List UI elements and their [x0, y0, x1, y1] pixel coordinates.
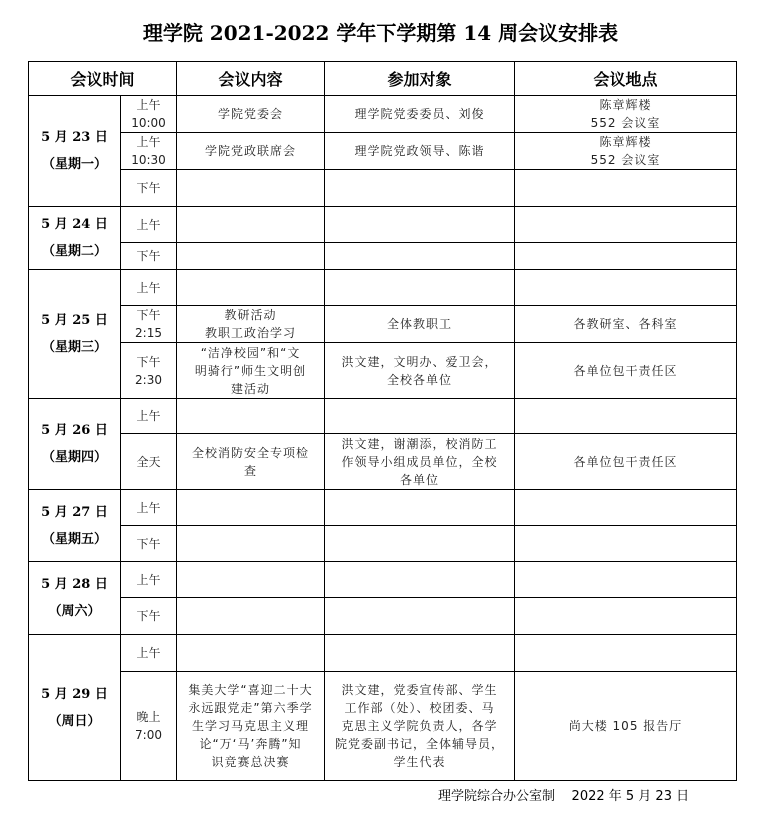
attendees-cell-line: 克思主义学院负责人，各学	[325, 717, 514, 735]
location-cell	[515, 207, 737, 243]
content-cell-line: 全校消防安全专项检	[177, 444, 324, 462]
attendees-cell	[325, 399, 515, 434]
meeting-schedule-table: 会议时间 会议内容 参加对象 会议地点 5 月 23 日（星期一）上午10:00…	[28, 61, 737, 781]
time-cell-line: 下午	[121, 247, 176, 265]
time-cell: 上午	[121, 399, 177, 434]
location-cell-line: 各单位包干责任区	[515, 453, 736, 471]
table-row: 全天全校消防安全专项检查洪文建，谢潮添，校消防工作领导小组成员单位，全校各单位各…	[29, 434, 737, 490]
location-cell-line: 各单位包干责任区	[515, 362, 736, 380]
date-cell: 5 月 28 日（周六）	[29, 562, 121, 635]
weekday-label: （星期一）	[29, 151, 120, 178]
content-cell-line: 建活动	[177, 380, 324, 398]
attendees-cell	[325, 635, 515, 672]
location-cell: 各单位包干责任区	[515, 434, 737, 490]
content-cell	[177, 562, 325, 598]
location-cell-line: 各教研室、各科室	[515, 315, 736, 333]
time-cell: 上午10:00	[121, 96, 177, 133]
content-cell-line: 明骑行”师生文明创	[177, 362, 324, 380]
time-cell-line: 上午	[121, 499, 176, 517]
attendees-cell: 洪文建，党委宣传部、学生工作部（处）、校团委、马克思主义学院负责人，各学院党委副…	[325, 672, 515, 781]
attendees-cell-line: 理学院党委委员、刘俊	[325, 105, 514, 123]
date-cell: 5 月 27 日（星期五）	[29, 490, 121, 562]
time-cell-line: 上午	[121, 644, 176, 662]
date-cell: 5 月 23 日（星期一）	[29, 96, 121, 207]
table-header-row: 会议时间 会议内容 参加对象 会议地点	[29, 62, 737, 96]
time-cell: 晚上7:00	[121, 672, 177, 781]
time-cell: 下午	[121, 526, 177, 562]
content-cell	[177, 399, 325, 434]
header-location: 会议地点	[515, 62, 737, 96]
content-cell-line: 集美大学“喜迎二十大	[177, 681, 324, 699]
table-row: 下午	[29, 526, 737, 562]
content-cell-line: “洁净校园”和“文	[177, 344, 324, 362]
content-cell: 学院党政联席会	[177, 133, 325, 170]
attendees-cell-line: 全校各单位	[325, 371, 514, 389]
attendees-cell	[325, 526, 515, 562]
location-cell	[515, 562, 737, 598]
location-cell	[515, 270, 737, 306]
attendees-cell	[325, 598, 515, 635]
content-cell: 全校消防安全专项检查	[177, 434, 325, 490]
time-cell: 上午10:30	[121, 133, 177, 170]
content-cell-line: 教研活动	[177, 306, 324, 324]
location-cell	[515, 170, 737, 207]
content-cell-line: 查	[177, 462, 324, 480]
content-cell-line: 永远跟党走”第六季学	[177, 699, 324, 717]
attendees-cell	[325, 243, 515, 270]
weekday-label: （星期四）	[29, 444, 120, 471]
footer: 理学院综合办公室制 2022 年 5 月 23 日	[438, 788, 689, 806]
attendees-cell-line: 作领导小组成员单位，全校	[325, 453, 514, 471]
time-cell-line: 7:00	[121, 726, 176, 744]
content-cell	[177, 243, 325, 270]
location-cell	[515, 399, 737, 434]
location-cell: 陈章辉楼552 会议室	[515, 96, 737, 133]
content-cell	[177, 270, 325, 306]
time-cell-line: 下午	[121, 607, 176, 625]
attendees-cell: 洪文建，谢潮添，校消防工作领导小组成员单位，全校各单位	[325, 434, 515, 490]
attendees-cell-line: 洪文建，谢潮添，校消防工	[325, 435, 514, 453]
content-cell	[177, 635, 325, 672]
location-cell-line: 陈章辉楼	[515, 96, 736, 114]
attendees-cell: 理学院党政领导、陈谐	[325, 133, 515, 170]
time-cell: 上午	[121, 635, 177, 672]
time-cell-line: 全天	[121, 453, 176, 471]
date-label: 5 月 27 日	[29, 499, 120, 526]
time-cell: 上午	[121, 270, 177, 306]
time-cell: 下午	[121, 598, 177, 635]
time-cell-line: 上午	[121, 96, 176, 114]
time-cell: 下午2:15	[121, 306, 177, 343]
table-row: 上午10:30学院党政联席会理学院党政领导、陈谐陈章辉楼552 会议室	[29, 133, 737, 170]
weekday-label: （星期三）	[29, 334, 120, 361]
table-row: 晚上7:00集美大学“喜迎二十大永远跟党走”第六季学生学习马克思主义理论“万‘马…	[29, 672, 737, 781]
content-cell	[177, 170, 325, 207]
date-cell: 5 月 29 日（周日）	[29, 635, 121, 781]
weekday-label: （周日）	[29, 708, 120, 735]
content-cell-line: 识竞赛总决赛	[177, 753, 324, 771]
time-cell: 上午	[121, 490, 177, 526]
content-cell	[177, 207, 325, 243]
table-row: 下午	[29, 243, 737, 270]
attendees-cell: 理学院党委委员、刘俊	[325, 96, 515, 133]
date-label: 5 月 24 日	[29, 211, 120, 238]
content-cell: 教研活动教职工政治学习	[177, 306, 325, 343]
location-cell-line: 552 会议室	[515, 151, 736, 169]
content-cell	[177, 598, 325, 635]
time-cell-line: 上午	[121, 407, 176, 425]
time-cell-line: 10:30	[121, 151, 176, 169]
attendees-cell-line: 洪文建，党委宣传部、学生	[325, 681, 514, 699]
table-row: 下午2:30“洁净校园”和“文明骑行”师生文明创建活动洪文建，文明办、爱卫会，全…	[29, 343, 737, 399]
location-cell: 尚大楼 105 报告厅	[515, 672, 737, 781]
weekday-label: （周六）	[29, 598, 120, 625]
date-label: 5 月 23 日	[29, 124, 120, 151]
content-cell-line: 生学习马克思主义理	[177, 717, 324, 735]
table-row: 5 月 24 日（星期二）上午	[29, 207, 737, 243]
time-cell-line: 上午	[121, 216, 176, 234]
footer-date: 2022 年 5 月 23 日	[572, 789, 690, 804]
header-attendees: 参加对象	[325, 62, 515, 96]
time-cell-line: 下午	[121, 353, 176, 371]
date-label: 5 月 28 日	[29, 571, 120, 598]
time-cell-line: 10:00	[121, 114, 176, 132]
content-cell: “洁净校园”和“文明骑行”师生文明创建活动	[177, 343, 325, 399]
content-cell-line: 学院党政联席会	[177, 142, 324, 160]
attendees-cell-line: 理学院党政领导、陈谐	[325, 142, 514, 160]
time-cell-line: 上午	[121, 279, 176, 297]
time-cell: 上午	[121, 207, 177, 243]
content-cell	[177, 490, 325, 526]
location-cell: 各单位包干责任区	[515, 343, 737, 399]
attendees-cell-line: 各单位	[325, 471, 514, 489]
location-cell	[515, 243, 737, 270]
table-row: 5 月 23 日（星期一）上午10:00学院党委会理学院党委委员、刘俊陈章辉楼5…	[29, 96, 737, 133]
date-label: 5 月 29 日	[29, 681, 120, 708]
time-cell-line: 下午	[121, 535, 176, 553]
table-row: 5 月 27 日（星期五）上午	[29, 490, 737, 526]
date-cell: 5 月 25 日（星期三）	[29, 270, 121, 399]
location-cell-line: 陈章辉楼	[515, 133, 736, 151]
table-row: 下午	[29, 170, 737, 207]
table-row: 5 月 26 日（星期四）上午	[29, 399, 737, 434]
location-cell	[515, 526, 737, 562]
footer-issuer: 理学院综合办公室制	[438, 789, 555, 804]
table-row: 5 月 29 日（周日）上午	[29, 635, 737, 672]
time-cell-line: 下午	[121, 179, 176, 197]
time-cell-line: 上午	[121, 571, 176, 589]
table-row: 5 月 28 日（周六）上午	[29, 562, 737, 598]
weekday-label: （星期二）	[29, 238, 120, 265]
content-cell	[177, 526, 325, 562]
date-cell: 5 月 26 日（星期四）	[29, 399, 121, 490]
content-cell-line: 学院党委会	[177, 105, 324, 123]
time-cell: 上午	[121, 562, 177, 598]
attendees-cell	[325, 207, 515, 243]
time-cell: 下午2:30	[121, 343, 177, 399]
time-cell: 下午	[121, 170, 177, 207]
attendees-cell-line: 洪文建，文明办、爱卫会，	[325, 353, 514, 371]
time-cell: 下午	[121, 243, 177, 270]
attendees-cell: 全体教职工	[325, 306, 515, 343]
table-row: 下午	[29, 598, 737, 635]
location-cell-line: 尚大楼 105 报告厅	[515, 717, 736, 735]
content-cell: 集美大学“喜迎二十大永远跟党走”第六季学生学习马克思主义理论“万‘马’奔腾”知识…	[177, 672, 325, 781]
location-cell: 陈章辉楼552 会议室	[515, 133, 737, 170]
header-meeting-time: 会议时间	[29, 62, 177, 96]
table-row: 5 月 25 日（星期三）上午	[29, 270, 737, 306]
attendees-cell	[325, 170, 515, 207]
attendees-cell-line: 学生代表	[325, 753, 514, 771]
time-cell-line: 晚上	[121, 708, 176, 726]
attendees-cell	[325, 270, 515, 306]
attendees-cell	[325, 562, 515, 598]
attendees-cell-line: 院党委副书记，全体辅导员，	[325, 735, 514, 753]
date-label: 5 月 26 日	[29, 417, 120, 444]
date-cell: 5 月 24 日（星期二）	[29, 207, 121, 270]
location-cell	[515, 490, 737, 526]
date-label: 5 月 25 日	[29, 307, 120, 334]
time-cell: 全天	[121, 434, 177, 490]
content-cell-line: 论“万‘马’奔腾”知	[177, 735, 324, 753]
location-cell	[515, 598, 737, 635]
time-cell-line: 上午	[121, 133, 176, 151]
content-cell: 学院党委会	[177, 96, 325, 133]
weekday-label: （星期五）	[29, 526, 120, 553]
content-cell-line: 教职工政治学习	[177, 324, 324, 342]
attendees-cell-line: 工作部（处）、校团委、马	[325, 699, 514, 717]
attendees-cell-line: 全体教职工	[325, 315, 514, 333]
header-meeting-content: 会议内容	[177, 62, 325, 96]
time-cell-line: 2:15	[121, 324, 176, 342]
time-cell-line: 2:30	[121, 371, 176, 389]
location-cell	[515, 635, 737, 672]
attendees-cell	[325, 490, 515, 526]
time-cell-line: 下午	[121, 306, 176, 324]
attendees-cell: 洪文建，文明办、爱卫会，全校各单位	[325, 343, 515, 399]
location-cell-line: 552 会议室	[515, 114, 736, 132]
location-cell: 各教研室、各科室	[515, 306, 737, 343]
page-title: 理学院 2021-2022 学年下学期第 14 周会议安排表	[0, 18, 761, 48]
table-row: 下午2:15教研活动教职工政治学习全体教职工各教研室、各科室	[29, 306, 737, 343]
